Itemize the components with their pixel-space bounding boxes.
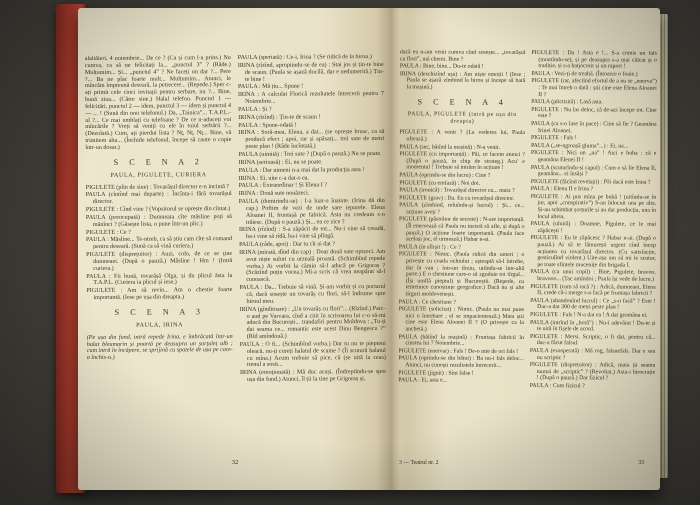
script-paragraph: PIGULETE : Am să revin... Am o chestie f… [86, 287, 232, 302]
script-paragraph: IRINA (gînditoare) : „Un tovarăș cu flor… [240, 306, 386, 341]
script-paragraph: PIGULETE : Fals ! N-a dat ea ! A dat gea… [530, 312, 656, 319]
script-paragraph: PAULA : O fi... (Schimbînd vorba.) Dar t… [240, 341, 386, 369]
script-paragraph: IRINA (emoționată) : Mă duc acuși. (Îndr… [240, 369, 386, 384]
script-paragraph: PAULA : Ce chestiune ? [399, 299, 525, 306]
script-paragraph: IRINA (rîzînd, apropiindu-se de ea) : St… [238, 62, 384, 84]
script-paragraph: PAULA : Cum fizicul ? [530, 383, 656, 390]
right-page-columns: dacă eu n-am venit cumva cînd sosește...… [391, 7, 661, 456]
book-scan: alaltăieri, 4 noiembrie... De ce ? (Ca ș… [0, 0, 700, 505]
page-number-left: 32 [78, 459, 392, 466]
script-paragraph: PIGULETE (cu importanță) : Păi, ce facem… [399, 151, 525, 171]
script-paragraph: IRINA (mirată, dînd din cap) : Doar două… [239, 249, 385, 284]
left-page-column-2: PAULA (speriată) : Ce-i, Irina ? (Se rid… [238, 54, 387, 461]
script-paragraph: PAULA : Măsline... Te-ntreb, ca să știu … [86, 236, 232, 251]
script-paragraph: PAULA : Vezi-ți de treabă. (Întoarce o f… [531, 71, 657, 78]
script-paragraph: PIGULETE (făcînd revelații) : Păi dacă e… [531, 179, 657, 186]
script-paragraph: PAULA (cîntînd mai departe) : Încînta-i … [86, 191, 232, 206]
script-paragraph: PAULA (uimită) : Trei sute ? (După o pau… [238, 151, 384, 159]
script-paragraph: PIGULETE : Ce ? [86, 229, 232, 237]
page-number-right: 33 [638, 460, 644, 466]
script-paragraph: PAULA (zîmbind, reluîndu-și lucrul) : Și… [399, 203, 525, 217]
script-paragraph: PIGULETE (jignit) : Sînt false ! [398, 370, 524, 377]
script-paragraph: PAULA : Ei, asta e... [398, 377, 524, 384]
script-paragraph: PAULA (abandonînd lucrul) : Ce „s-o facă… [530, 298, 656, 312]
script-paragraph: PAULA (intrînd în „horă”) : Nu-i adevăra… [530, 320, 656, 334]
script-paragraph: PAULA : Și ? [238, 106, 384, 114]
script-paragraph: PIGULETE : Da ! Asta e !... S-a comis un… [531, 50, 657, 70]
script-paragraph: PAULA : Bine, bine... Du-te odată ! [400, 64, 526, 71]
script-paragraph: PAULA : Dar nimeni n-a mai dat la produc… [239, 167, 385, 175]
script-paragraph: PIGULETE : Nu las deloc, că de-aci încep… [531, 107, 657, 121]
script-paragraph: PAULA („se-ngroașă gluma”...) : Ei, na..… [531, 143, 657, 150]
script-paragraph: PIGULETE : A venit ? (La vederea lui, Pa… [399, 130, 525, 144]
script-paragraph: PIGULETE (păstrător de secrete) : N-are … [399, 217, 525, 244]
cast-heading: PAULA, PIGULETE (intră pe ușa din dreapt… [400, 111, 526, 125]
script-paragraph: IRINA (rîzînd) : Țin-te de scaun ! [238, 114, 384, 122]
script-paragraph: PAULA (oprindu-se din bătut) : Ba nu-i f… [398, 356, 524, 370]
script-paragraph: PIGULETE : Eu le zăpăcesc ? Habar n-ai. … [530, 235, 656, 269]
script-paragraph: PAULA (ca s-o lase în pace) : Cine să fi… [531, 121, 657, 135]
script-paragraph: IRINA (deschizînd ușa) : Am niște emoții… [400, 71, 526, 91]
cast-heading: PAULA, PIGULETE, CURIERA [86, 172, 232, 180]
script-paragraph: PIGULETE (disprețuitor) : Adică, mata ți… [530, 362, 656, 382]
script-paragraph: IRINA (rîzînd) : S-a zăpăcit de tot... N… [239, 226, 385, 241]
script-paragraph: PAULA (dumirindu-se) : I-a luat-o înaint… [239, 198, 385, 226]
right-page-footer: 3 — Teatrul nr. 2 33 [399, 460, 644, 466]
script-paragraph: PIGULETE : Cînd vine ? (Vopsitorul se op… [86, 206, 232, 214]
script-paragraph: PIGULETE : Mersi. Scriptic, o fi dat, pe… [530, 334, 656, 348]
right-page-column-2: PIGULETE : Da ! Asta e !... S-a comis un… [529, 50, 657, 457]
script-paragraph: PAULA (bătînd la mașină) : Fruntașa fabr… [398, 334, 524, 348]
script-paragraph: PAULA (în sfîrșit !) : Ce ? [399, 244, 525, 251]
script-paragraph: IRINA : Ei, uite c-a dat-o ea. [239, 174, 385, 182]
script-paragraph: dacă eu n-am venit cumva cînd sosește...… [400, 49, 526, 63]
left-page-column-1: alaltăieri, 4 noiembrie... De ce ? (Ca ș… [85, 55, 234, 462]
script-paragraph: PIGULETE : Nici un „na” ! Aici e buba : … [531, 150, 657, 164]
scene-heading: S C E N A 3 [87, 309, 233, 317]
cast-heading: PAULA, IRINA [87, 322, 233, 330]
script-paragraph: PAULA (râde, apoi) : Dar tu cît ai dat ? [239, 241, 385, 249]
script-paragraph: PIGULETE : Ai pus mîna pe bubă ! (uitînd… [531, 194, 657, 221]
script-paragraph: PAULA : Mă țiu... Spune ! [238, 83, 384, 91]
script-paragraph: PIGULETE (grav) : Da. Eu cu tovarășul di… [399, 195, 525, 202]
script-paragraph: PIGULETE (solicitat) : Nimic. (Paula nu … [398, 307, 524, 334]
script-paragraph: PAULA (exasperată) : Mă rog, falsnefals.… [530, 348, 656, 362]
left-page-columns: alaltăieri, 4 noiembrie... De ce ? (Ca ș… [76, 7, 393, 462]
script-paragraph: PAULA (uluită) : Doamne, Pigulete, ce le… [530, 221, 656, 235]
script-paragraph: PIGULETE (enervat) : Fals ! De-o mie de … [398, 348, 524, 355]
right-page: dacă eu n-am venit cumva cînd sosește...… [392, 8, 660, 490]
script-paragraph: PAULA (ironică) : Tovarășul director cu.… [399, 187, 525, 194]
script-paragraph: PIGULETE (disprețuitor) : Auzi, colo, de… [86, 251, 232, 273]
script-paragraph: IRINA : A calculat Florică rezultatele î… [238, 91, 384, 106]
stage-direction: (Pe ușa din fund, intră repede Irina, e … [87, 334, 233, 362]
script-paragraph: PAULA (plictisită) : Lasă asta. [531, 99, 657, 106]
script-paragraph: alaltăieri, 4 noiembrie... De ce ? (Ca ș… [85, 55, 232, 152]
script-paragraph: PAULA (sec, bătînd la mașină) : N-a veni… [399, 144, 525, 151]
script-paragraph: PAULA : Da... Trebuie să vină. Și-am vor… [239, 284, 385, 306]
script-paragraph: IRINA : Soră-mea, Elena, a dat... (se op… [238, 129, 384, 151]
left-page: alaltăieri, 4 noiembrie... De ce ? (Ca ș… [78, 8, 392, 490]
script-paragraph: PAULA (ca unui copil) : Bine, Pigulete, … [530, 269, 656, 283]
script-paragraph: PAULA (scuturîndu-și capul) : Cum o să f… [531, 165, 657, 179]
script-paragraph: IRINA : Două sute nouăzeci. [239, 190, 385, 198]
right-page-column-1: dacă eu n-am venit cumva cînd sosește...… [398, 49, 526, 456]
script-paragraph: PAULA : Elena II e Irina ? [531, 186, 657, 193]
script-paragraph: PIGULETE (rar, afectînd efortul de a nu … [531, 78, 657, 98]
script-paragraph: IRINA (serioasă) : Ei, nu se poate. [238, 159, 384, 167]
open-book: alaltăieri, 4 noiembrie... De ce ? (Ca ș… [78, 8, 660, 490]
script-paragraph: PIGULETE (cu emfază) : Noi doi. [399, 180, 525, 187]
footer-imprint: 3 — Teatrul nr. 2 [399, 460, 439, 466]
script-paragraph: PAULA (speriată) : Ce-i, Irina ? (Se rid… [238, 54, 384, 62]
script-paragraph: PAULA (preocupată) : Dumneata cîte măsli… [86, 214, 232, 229]
scene-heading: S C E N A 4 [400, 99, 526, 106]
script-paragraph: PAULA (oprindu-se din lucru) : Cine ? [399, 172, 525, 179]
script-paragraph: PIGULETE : Fals ! [531, 135, 657, 142]
script-paragraph: PIGULETE (cum să tacă ?) : Adică, dumnea… [530, 284, 656, 298]
scene-heading: S C E N A 2 [85, 159, 231, 167]
script-paragraph: PAULA : Fii bună, tovarășă Olga, și du p… [86, 273, 232, 288]
script-paragraph: PIGULETE : Nimic. (Paula ridică din umer… [399, 252, 525, 299]
script-paragraph: PAULA : Extraordinar ! Și Elena I ? [239, 182, 385, 190]
